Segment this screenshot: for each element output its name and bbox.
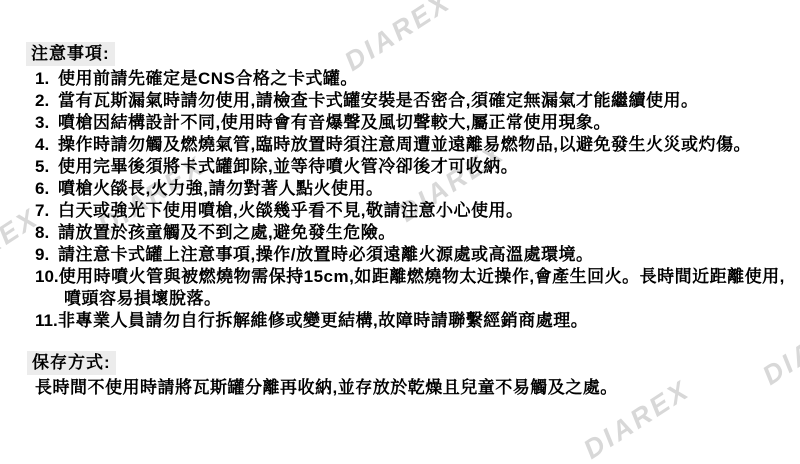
list-item-number: 9. bbox=[35, 244, 58, 266]
notice-list-item: 7. 白天或強光下使用噴槍,火燄幾乎看不見,敬請注意小心使用。 bbox=[35, 200, 800, 222]
list-item-text: 白天或強光下使用噴槍,火燄幾乎看不見,敬請注意小心使用。 bbox=[58, 200, 523, 222]
notice-list-item: 5. 使用完畢後須將卡式罐卸除,並等待噴火管冷卻後才可收納。 bbox=[35, 156, 800, 178]
list-item-number: 4. bbox=[35, 134, 58, 156]
list-item-text: 使用前請先確定是CNS合格之卡式罐。 bbox=[58, 68, 358, 90]
notice-list-item: 11. 非專業人員請勿自行拆解維修或變更結構,故障時請聯繫經銷商處理。 bbox=[35, 310, 800, 332]
document-content: 注意事項: 1. 使用前請先確定是CNS合格之卡式罐。 2. 當有瓦斯漏氣時請勿… bbox=[0, 0, 800, 464]
list-item-number: 11. bbox=[35, 310, 58, 332]
storage-instruction-text: 長時間不使用時請將瓦斯罐分離再收納,並存放於乾燥且兒童不易觸及之處。 bbox=[35, 377, 800, 399]
safety-instructions-document: DIAREXDIAREXDIAREXDIAREXDIAREXDIAREX 注意事… bbox=[0, 0, 800, 464]
notice-list-item: 8. 請放置於孩童觸及不到之處,避免發生危險。 bbox=[35, 222, 800, 244]
list-item-number bbox=[35, 288, 58, 310]
list-item-number: 1. bbox=[35, 68, 58, 90]
list-item-number: 8. bbox=[35, 222, 58, 244]
list-item-text: 使用完畢後須將卡式罐卸除,並等待噴火管冷卻後才可收納。 bbox=[58, 156, 518, 178]
list-item-text: 請注意卡式罐上注意事項,操作/放置時必須遠離火源處或高溫處環境。 bbox=[58, 244, 593, 266]
list-item-text: 噴槍因結構設計不同,使用時會有音爆聲及風切聲較大,屬正常使用現象。 bbox=[58, 112, 611, 134]
list-item-text: 當有瓦斯漏氣時請勿使用,請檢查卡式罐安裝是否密合,須確定無漏氣才能繼續使用。 bbox=[58, 90, 698, 112]
list-item-text: 請放置於孩童觸及不到之處,避免發生危險。 bbox=[58, 222, 396, 244]
list-item-text: 操作時請勿觸及燃燒氣管,臨時放置時須注意周遭並遠離易燃物品,以避免發生火災或灼傷… bbox=[58, 134, 751, 156]
list-item-text: 非專業人員請勿自行拆解維修或變更結構,故障時請聯繫經銷商處理。 bbox=[58, 310, 588, 332]
notice-list-item: 噴頭容易損壞脫落。 bbox=[35, 288, 800, 310]
list-item-number: 3. bbox=[35, 112, 58, 134]
notice-list: 1. 使用前請先確定是CNS合格之卡式罐。 2. 當有瓦斯漏氣時請勿使用,請檢查… bbox=[0, 68, 800, 332]
list-item-text: 噴頭容易損壞脫落。 bbox=[64, 288, 222, 310]
notice-list-item: 2. 當有瓦斯漏氣時請勿使用,請檢查卡式罐安裝是否密合,須確定無漏氣才能繼續使用… bbox=[35, 90, 800, 112]
list-item-text: 噴槍火燄長,火力強,請勿對著人點火使用。 bbox=[58, 178, 383, 200]
list-item-number: 6. bbox=[35, 178, 58, 200]
notice-list-item: 4. 操作時請勿觸及燃燒氣管,臨時放置時須注意周遭並遠離易燃物品,以避免發生火災… bbox=[35, 134, 800, 156]
notice-list-item: 10. 使用時噴火管與被燃燒物需保持15cm,如距離燃燒物太近操作,會產生回火。… bbox=[35, 266, 800, 288]
notice-list-item: 1. 使用前請先確定是CNS合格之卡式罐。 bbox=[35, 68, 800, 90]
notice-list-item: 3. 噴槍因結構設計不同,使用時會有音爆聲及風切聲較大,屬正常使用現象。 bbox=[35, 112, 800, 134]
notice-list-item: 6. 噴槍火燄長,火力強,請勿對著人點火使用。 bbox=[35, 178, 800, 200]
storage-section-header: 保存方式: bbox=[27, 351, 116, 375]
list-item-number: 5. bbox=[35, 156, 58, 178]
notice-section-header: 注意事項: bbox=[26, 42, 115, 66]
list-item-number: 7. bbox=[35, 200, 58, 222]
list-item-number: 10. bbox=[35, 266, 59, 288]
notice-list-item: 9. 請注意卡式罐上注意事項,操作/放置時必須遠離火源處或高溫處環境。 bbox=[35, 244, 800, 266]
list-item-text: 使用時噴火管與被燃燒物需保持15cm,如距離燃燒物太近操作,會產生回火。長時間近… bbox=[59, 266, 785, 288]
list-item-number: 2. bbox=[35, 90, 58, 112]
